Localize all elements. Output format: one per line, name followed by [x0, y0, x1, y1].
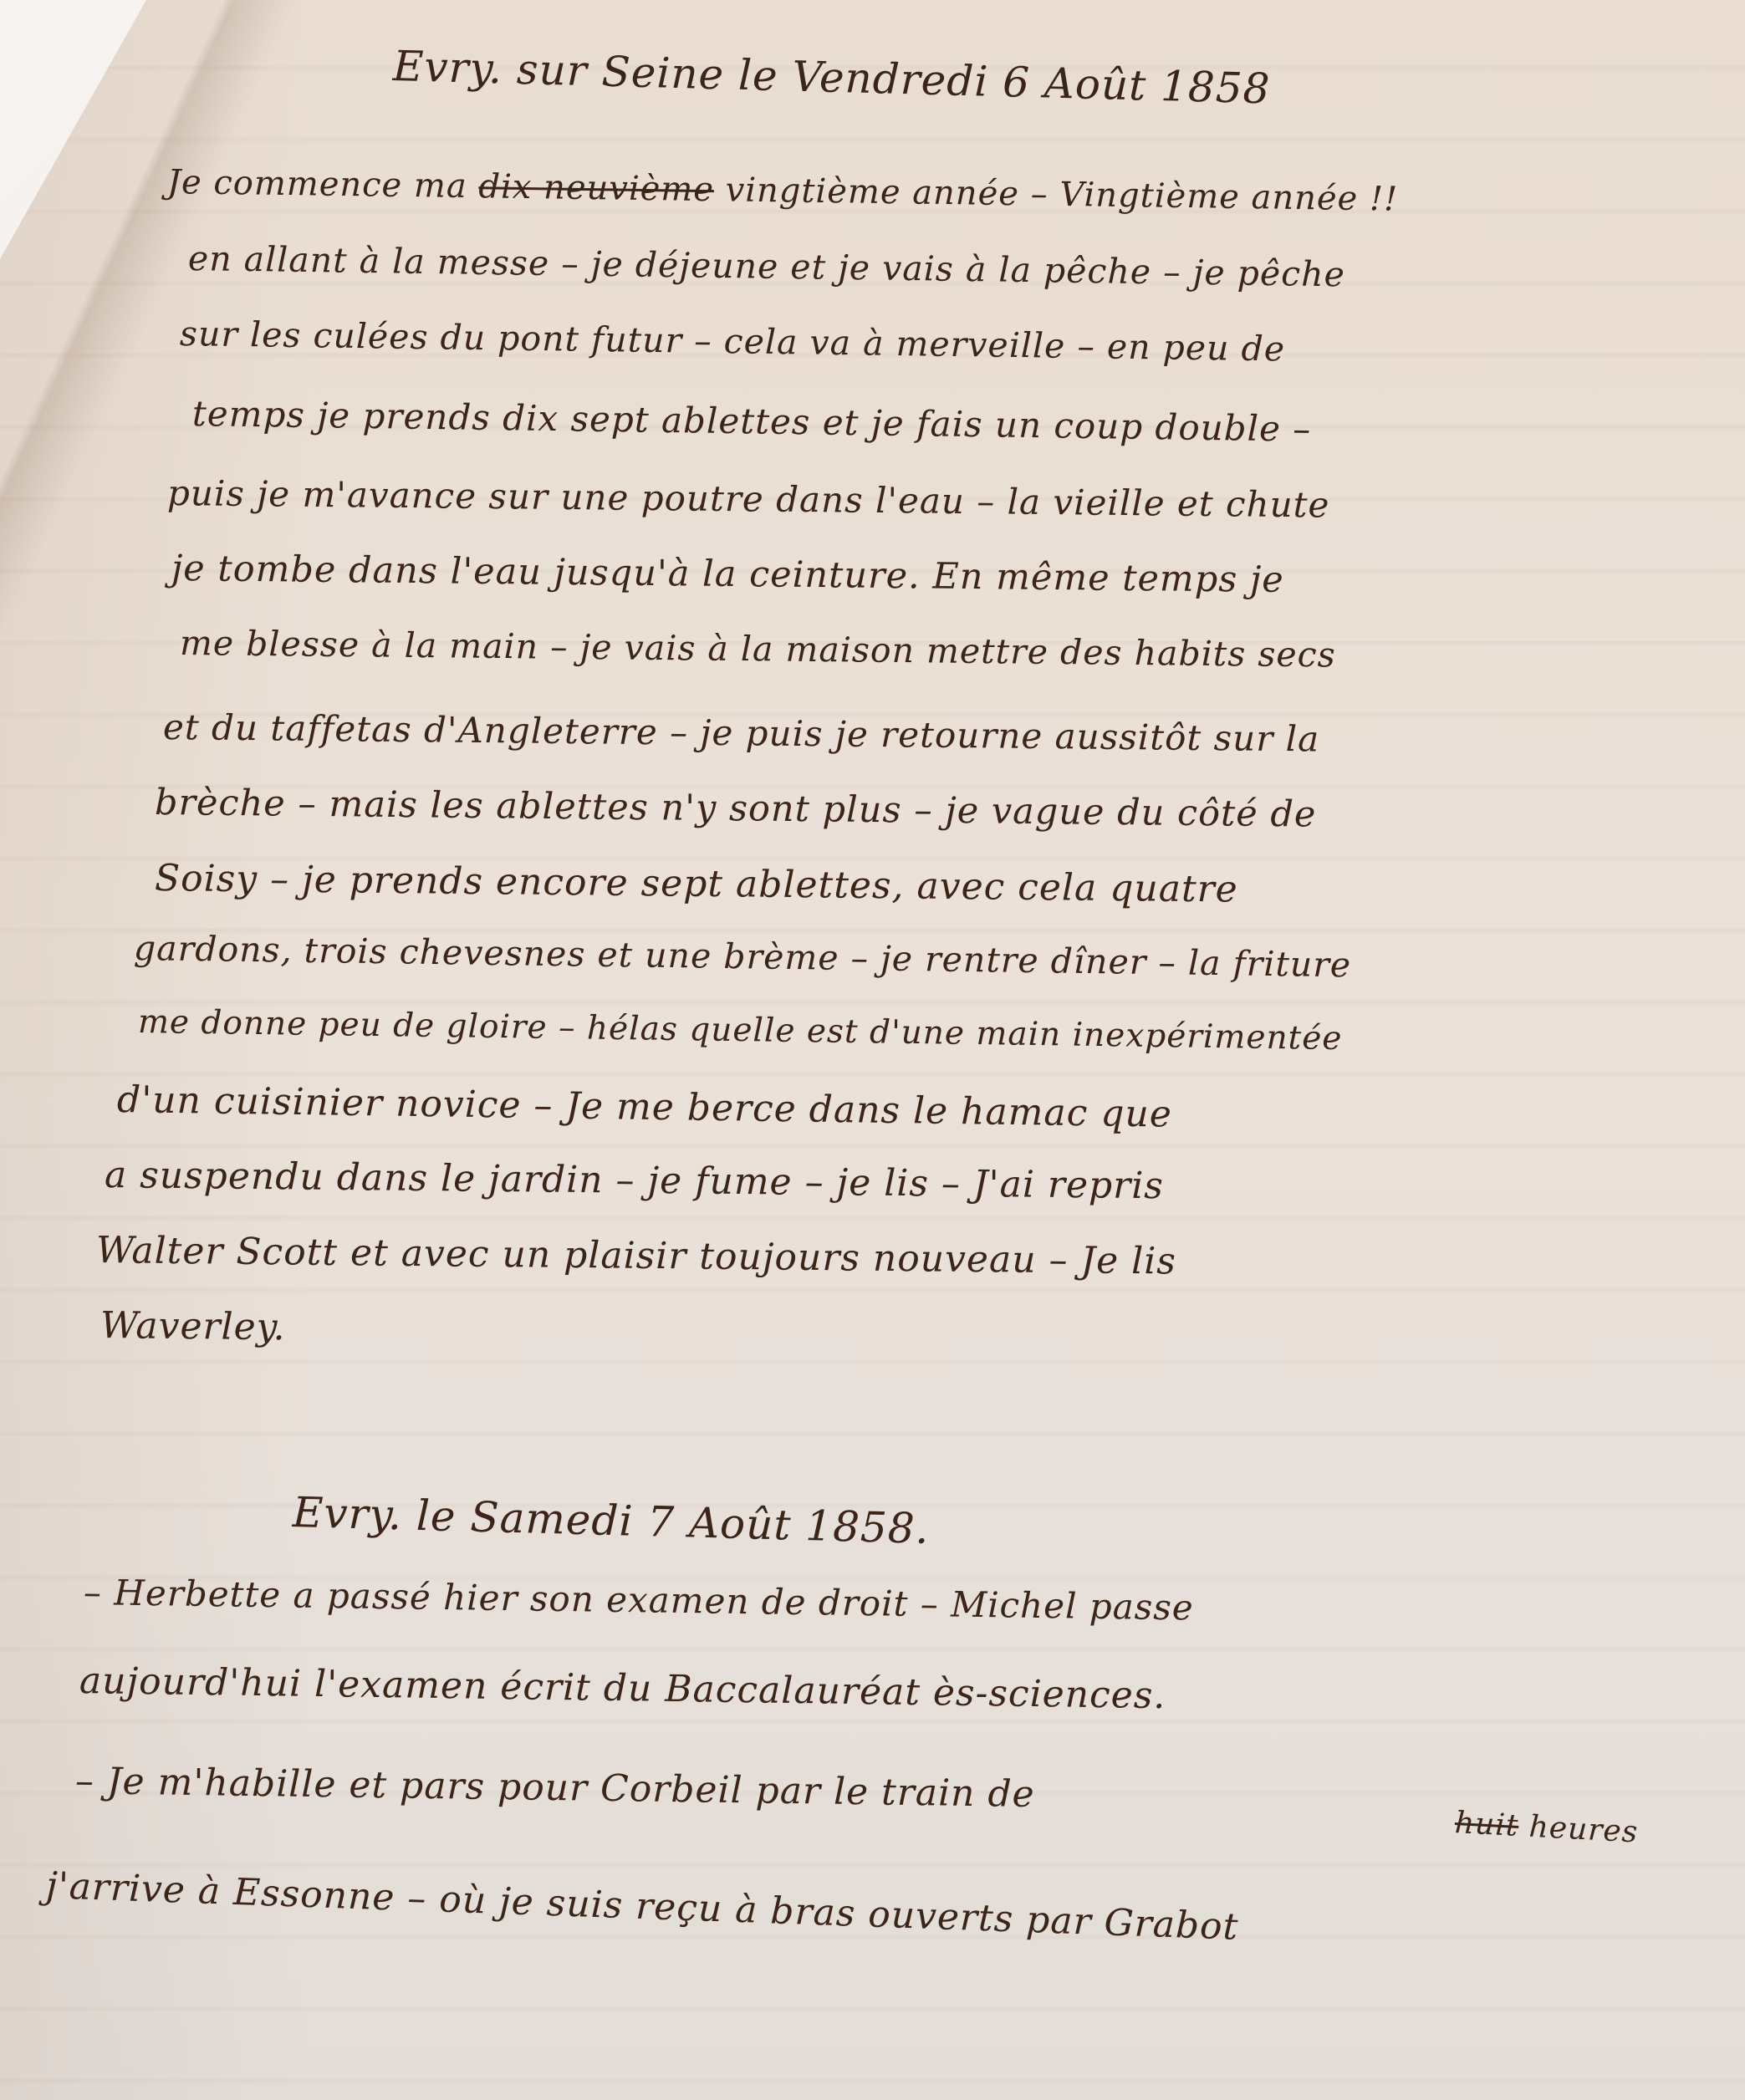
line-text: Je commence ma [167, 163, 479, 206]
struck-text: dix neuvième [478, 167, 714, 209]
line-text: heures [1528, 1810, 1640, 1850]
struck-text: huit [1454, 1806, 1519, 1843]
entry-line: Waverley. [100, 1304, 286, 1348]
